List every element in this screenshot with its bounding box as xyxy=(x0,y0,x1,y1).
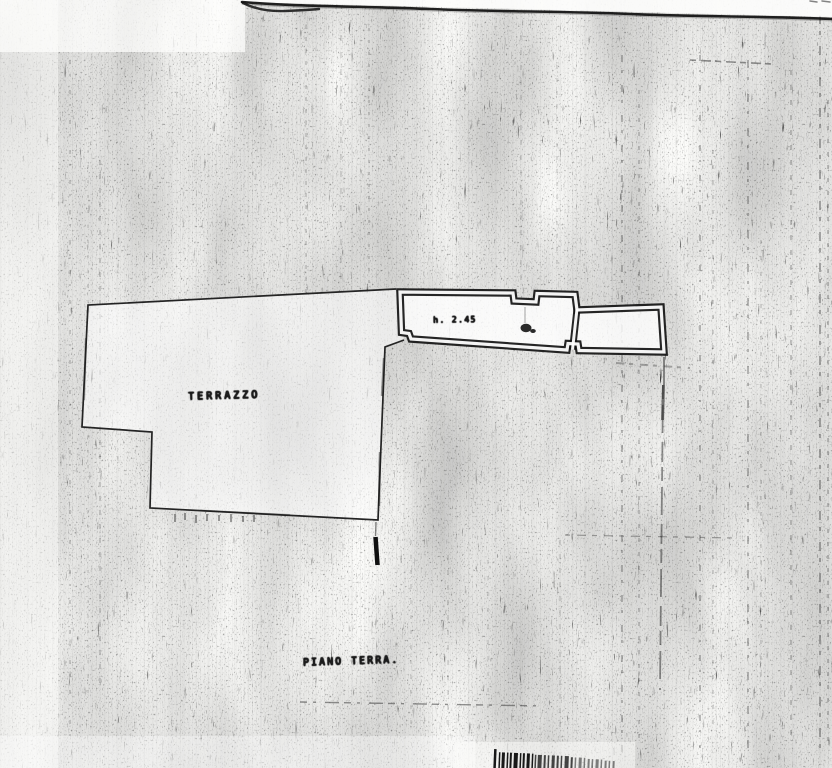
room-height-label: h. 2.45 xyxy=(433,315,477,326)
scanned-document-page: h. 2.45 TERRAZZO PIANO TERRA. xyxy=(0,0,832,768)
floor-plan-scan: h. 2.45 TERRAZZO PIANO TERRA. xyxy=(0,0,832,768)
terrace-label: TERRAZZO xyxy=(188,388,261,403)
